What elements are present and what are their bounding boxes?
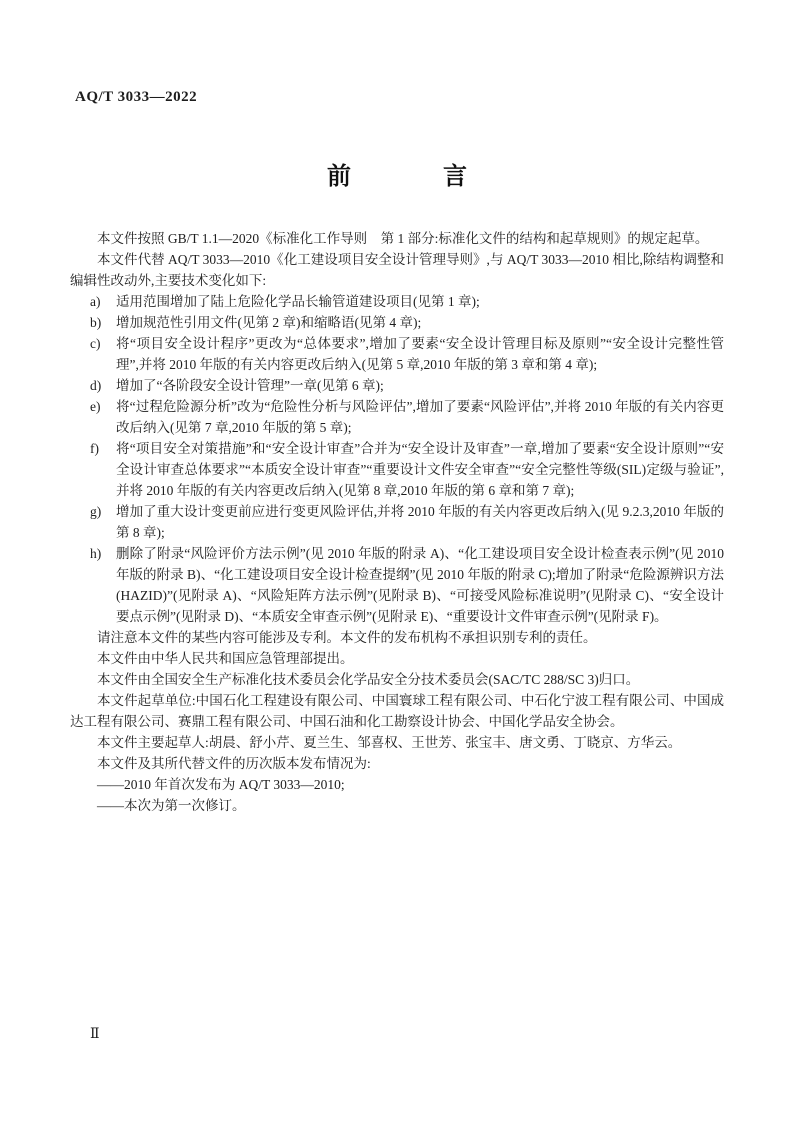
change-list-item: f) 将“项目安全对策措施”和“安全设计审查”合并为“安全设计及审查”一章,增加… bbox=[70, 438, 724, 501]
change-list-item: g) 增加了重大设计变更前应进行变更风险评估,并将 2010 年版的有关内容更改… bbox=[70, 501, 724, 543]
history-intro: 本文件及其所代替文件的历次版本发布情况为: bbox=[70, 753, 724, 774]
change-list-item: c) 将“项目安全设计程序”更改为“总体要求”,增加了要素“安全设计管理目标及原… bbox=[70, 333, 724, 375]
change-list-item: a) 适用范围增加了陆上危险化学品长输管道建设项目(见第 1 章); bbox=[70, 291, 724, 312]
page-title: 前言 bbox=[0, 156, 794, 191]
title-char-right: 言 bbox=[443, 163, 467, 190]
history-item: ——本次为第一次修订。 bbox=[70, 795, 724, 816]
list-item-text: 增加了重大设计变更前应进行变更风险评估,并将 2010 年版的有关内容更改后纳入… bbox=[116, 504, 724, 540]
main-drafters: 本文件主要起草人:胡晨、舒小芹、夏兰生、邹喜权、王世芳、张宝丰、唐文勇、丁晓京、… bbox=[70, 732, 724, 753]
drafting-organizations: 本文件起草单位:中国石化工程建设有限公司、中国寰球工程有限公司、中石化宁波工程有… bbox=[70, 690, 724, 732]
patent-notice: 请注意本文件的某些内容可能涉及专利。本文件的发布机构不承担识别专利的责任。 bbox=[70, 627, 724, 648]
standard-document-page: AQ/T 3033—2022 前言 本文件按照 GB/T 1.1—2020《标准… bbox=[0, 0, 794, 1122]
list-item-text: 将“项目安全对策措施”和“安全设计审查”合并为“安全设计及审查”一章,增加了要素… bbox=[116, 441, 724, 498]
change-list-item: h) 删除了附录“风险评价方法示例”(见 2010 年版的附录 A)、“化工建设… bbox=[70, 543, 724, 627]
list-marker: b) bbox=[90, 312, 101, 333]
page-number: Ⅱ bbox=[90, 1026, 100, 1043]
list-marker: e) bbox=[90, 396, 101, 417]
foreword-content: 本文件按照 GB/T 1.1—2020《标准化工作导则 第 1 部分:标准化文件… bbox=[70, 228, 724, 816]
change-list-item: d) 增加了“各阶段安全设计管理”一章(见第 6 章); bbox=[70, 375, 724, 396]
centralized-by: 本文件由全国安全生产标准化技术委员会化学品安全分技术委员会(SAC/TC 288… bbox=[70, 669, 724, 690]
intro-paragraph: 本文件按照 GB/T 1.1—2020《标准化工作导则 第 1 部分:标准化文件… bbox=[70, 228, 724, 249]
history-item: ——2010 年首次发布为 AQ/T 3033—2010; bbox=[70, 774, 724, 795]
list-item-text: 适用范围增加了陆上危险化学品长输管道建设项目(见第 1 章); bbox=[116, 294, 480, 309]
list-marker: f) bbox=[90, 438, 99, 459]
list-marker: c) bbox=[90, 333, 101, 354]
list-marker: a) bbox=[90, 291, 101, 312]
list-item-text: 将“过程危险源分析”改为“危险性分析与风险评估”,增加了要素“风险评估”,并将 … bbox=[116, 399, 724, 435]
list-item-text: 将“项目安全设计程序”更改为“总体要求”,增加了要素“安全设计管理目标及原则”“… bbox=[116, 336, 724, 372]
list-item-text: 删除了附录“风险评价方法示例”(见 2010 年版的附录 A)、“化工建设项目安… bbox=[116, 546, 724, 624]
list-item-text: 增加了“各阶段安全设计管理”一章(见第 6 章); bbox=[116, 378, 384, 393]
list-marker: h) bbox=[90, 543, 101, 564]
list-item-text: 增加规范性引用文件(见第 2 章)和缩略语(见第 4 章); bbox=[116, 315, 421, 330]
doc-number: AQ/T 3033—2022 bbox=[75, 89, 197, 106]
intro-paragraph: 本文件代替 AQ/T 3033—2010《化工建设项目安全设计管理导则》,与 A… bbox=[70, 249, 724, 291]
change-list-item: e) 将“过程危险源分析”改为“危险性分析与风险评估”,增加了要素“风险评估”,… bbox=[70, 396, 724, 438]
title-char-left: 前 bbox=[327, 163, 351, 190]
list-marker: g) bbox=[90, 501, 101, 522]
proposed-by: 本文件由中华人民共和国应急管理部提出。 bbox=[70, 648, 724, 669]
change-list-item: b) 增加规范性引用文件(见第 2 章)和缩略语(见第 4 章); bbox=[70, 312, 724, 333]
list-marker: d) bbox=[90, 375, 101, 396]
